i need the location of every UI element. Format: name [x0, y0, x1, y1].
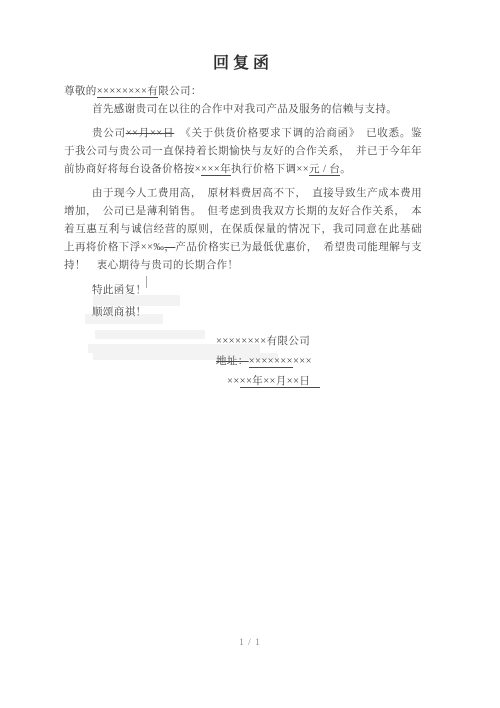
- document-page: 回复函 尊敬的××××××××有限公司： 首先感谢贵司在以往的合作中对我司产品及…: [0, 0, 500, 708]
- page-number: 1 / 1: [0, 638, 500, 648]
- salutation-prefix: 尊敬的: [64, 86, 97, 97]
- discount-permille: ‰: [153, 242, 164, 253]
- signature-address-line: 地址：××××××××××: [216, 352, 422, 372]
- date-blank-underlined: ××年××月××日: [240, 376, 321, 388]
- notice-unit-blank: 元 / 台: [309, 164, 340, 176]
- notice-date-blank: ××月××日: [126, 128, 174, 139]
- discount-struck-comma: ，: [164, 242, 175, 253]
- signature-company: ××××××××有限公司: [216, 332, 422, 352]
- address-label: 地址：: [216, 356, 249, 367]
- closing-reply-line: 特此函复！: [64, 281, 422, 300]
- signature-date-line: ××××年××月××日: [216, 372, 422, 392]
- address-blank-underlined: ×××××××: [249, 356, 293, 368]
- salutation-line: 尊敬的××××××××有限公司：: [64, 83, 422, 101]
- notice-seg3: 执行价格下调××: [231, 164, 309, 175]
- signature-block: ××××××××有限公司 地址：×××××××××× ××××年××月××日: [216, 332, 422, 392]
- salutation-suffix: 限公司：: [158, 86, 202, 97]
- notice-year-blank: ×××年: [201, 164, 231, 176]
- paragraph-notice: 贵公司××月××日 《关于供货价格要求下调的洽商函》 已收悉。鉴于我公司与贵公司…: [64, 125, 422, 179]
- salutation-company-blank: ××××××××有: [97, 86, 158, 98]
- date-prefix: ××: [227, 376, 240, 387]
- closing-wish-line: 顺颂商祺！: [64, 303, 422, 322]
- paragraph-thanks: 首先感谢贵司在以往的合作中对我司产品及服务的信赖与支持。: [64, 101, 422, 119]
- paragraph-discount: 由于现今人工费用高， 原材料费居高不下， 直接导致生产成本费用增加， 公司已是薄…: [64, 185, 422, 275]
- letter-body: 回复函 尊敬的××××××××有限公司： 首先感谢贵司在以往的合作中对我司产品及…: [64, 52, 422, 392]
- letter-title: 回复函: [64, 52, 422, 76]
- address-blank-plain: ×××: [293, 356, 312, 367]
- notice-seg1: 贵公司: [92, 128, 126, 139]
- notice-seg4: 。: [340, 164, 351, 175]
